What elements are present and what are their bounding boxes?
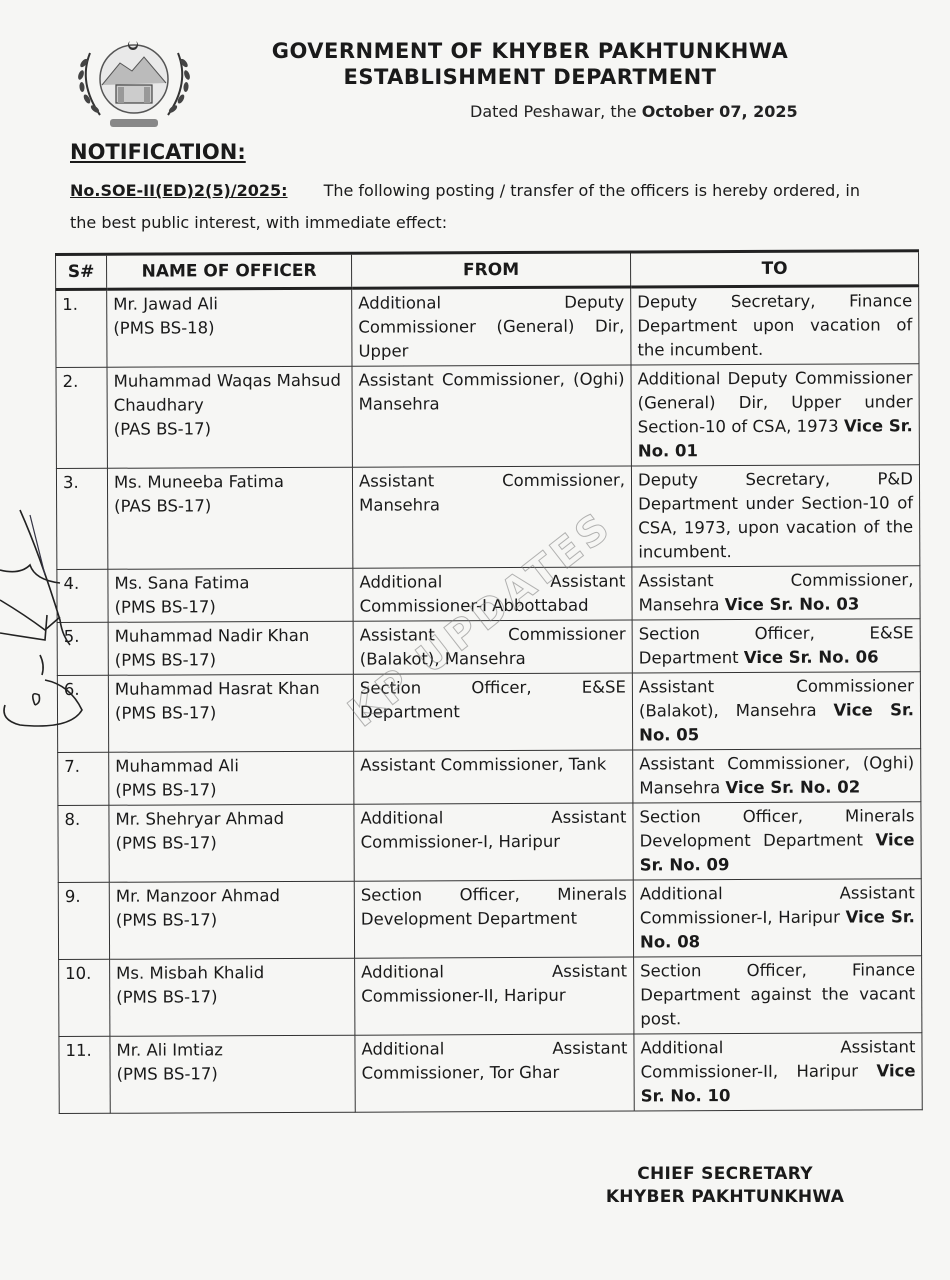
department-title: ESTABLISHMENT DEPARTMENT <box>200 64 860 90</box>
signatory-title: CHIEF SECRETARY <box>590 1163 860 1186</box>
table-row: 2.Muhammad Waqas Mahsud Chaudhary(PAS BS… <box>56 364 919 469</box>
to-posting: Section Officer, Minerals Development De… <box>633 802 921 880</box>
serial-number: 1. <box>56 289 107 367</box>
notification-document: GOVERNMENT OF KHYBER PAKHTUNKHWA ESTABLI… <box>0 0 950 1280</box>
letterhead: GOVERNMENT OF KHYBER PAKHTUNKHWA ESTABLI… <box>200 38 860 90</box>
officer-name: Mr. Manzoor Ahmad <box>116 884 348 909</box>
kp-emblem-icon <box>70 33 198 131</box>
from-posting: Additional Deputy Commissioner (General)… <box>352 287 631 366</box>
officer-name: Muhammad Ali <box>115 754 347 779</box>
from-posting: Additional Assistant Commissioner-I, Har… <box>354 803 633 881</box>
officer-cell: Mr. Jawad Ali(PMS BS-18) <box>107 288 352 367</box>
to-posting-text: Section Officer, Minerals Development De… <box>639 806 914 850</box>
serial-number: 2. <box>56 367 107 468</box>
officer-cell: Ms. Misbah Khalid(PMS BS-17) <box>110 958 355 1036</box>
to-posting: Deputy Secretary, Finance Department upo… <box>631 286 919 365</box>
officer-name: Muhammad Hasrat Khan <box>115 677 347 702</box>
to-posting: Section Officer, Finance Department agai… <box>634 956 922 1034</box>
vice-reference: Vice Sr. No. 06 <box>744 647 879 667</box>
officer-name: Ms. Sana Fatima <box>114 571 346 596</box>
government-title: GOVERNMENT OF KHYBER PAKHTUNKHWA <box>200 38 860 64</box>
from-posting: Additional Assistant Commissioner, Tor G… <box>355 1034 634 1112</box>
notification-date: October 07, 2025 <box>642 102 798 121</box>
column-header-from: FROM <box>352 252 631 288</box>
officer-grade: (PMS BS-17) <box>116 831 348 856</box>
from-posting: Section Officer, Minerals Development De… <box>354 880 633 958</box>
officer-cell: Mr. Shehryar Ahmad(PMS BS-17) <box>109 804 354 882</box>
table-row: 1.Mr. Jawad Ali(PMS BS-18)Additional Dep… <box>56 286 919 368</box>
officer-name: Ms. Muneeba Fatima <box>114 470 346 495</box>
notification-intro: No.SOE-II(ED)2(5)/2025:The following pos… <box>70 175 890 239</box>
from-posting: Assistant Commissioner, (Oghi) Mansehra <box>352 365 631 467</box>
signature-block: CHIEF SECRETARY KHYBER PAKHTUNKHWA <box>590 1163 860 1209</box>
column-header-sn: S# <box>56 254 107 289</box>
officer-name: Muhammad Waqas Mahsud Chaudhary <box>114 369 346 418</box>
officer-grade: (PAS BS-17) <box>114 417 346 442</box>
officer-name: Mr. Shehryar Ahmad <box>115 807 347 832</box>
officer-grade: (PAS BS-17) <box>114 494 346 519</box>
table-row: 8.Mr. Shehryar Ahmad(PMS BS-17)Additiona… <box>58 802 921 883</box>
officer-name: Mr. Jawad Ali <box>113 292 345 317</box>
serial-number: 11. <box>59 1036 110 1113</box>
to-posting-text: Deputy Secretary, Finance Department upo… <box>637 291 912 359</box>
column-header-to: TO <box>631 251 919 287</box>
vice-reference: Vice Sr. No. 02 <box>725 777 860 797</box>
officer-cell: Muhammad Hasrat Khan(PMS BS-17) <box>108 674 353 752</box>
to-posting: Additional Assistant Commissioner-II, Ha… <box>634 1033 922 1111</box>
table-row: 9.Mr. Manzoor Ahmad(PMS BS-17)Section Of… <box>58 879 921 960</box>
officer-grade: (PMS BS-17) <box>115 778 347 803</box>
to-posting: Assistant Commissioner, Mansehra Vice Sr… <box>632 566 920 620</box>
serial-number: 8. <box>58 805 109 882</box>
officer-name: Ms. Misbah Khalid <box>116 961 348 986</box>
serial-number: 7. <box>58 752 109 805</box>
table-row: 3.Ms. Muneeba Fatima(PAS BS-17)Assistant… <box>56 465 919 570</box>
officer-cell: Ms. Muneeba Fatima(PAS BS-17) <box>107 467 352 569</box>
officer-cell: Muhammad Nadir Khan(PMS BS-17) <box>108 621 353 675</box>
from-posting: Assistant Commissioner, Tank <box>354 750 633 804</box>
table-row: 6.Muhammad Hasrat Khan(PMS BS-17)Section… <box>57 672 920 753</box>
officer-grade: (PMS BS-17) <box>115 701 347 726</box>
officer-name: Muhammad Nadir Khan <box>115 624 347 649</box>
to-posting: Deputy Secretary, P&D Department under S… <box>631 465 919 567</box>
officer-cell: Mr. Ali Imtiaz(PMS BS-17) <box>110 1035 355 1113</box>
handwritten-annotation-icon <box>0 505 95 735</box>
to-posting-text: Deputy Secretary, P&D Department under S… <box>638 469 913 561</box>
reference-number: No.SOE-II(ED)2(5)/2025: <box>70 181 288 200</box>
table-header-row: S# NAME OF OFFICER FROM TO <box>56 251 919 290</box>
from-posting: Additional Assistant Commissioner-II, Ha… <box>355 957 634 1035</box>
column-header-name: NAME OF OFFICER <box>107 253 352 289</box>
officer-cell: Muhammad Waqas Mahsud Chaudhary(PAS BS-1… <box>107 366 352 468</box>
dated-prefix: Dated Peshawar, the <box>470 102 637 121</box>
officer-grade: (PMS BS-17) <box>115 648 347 673</box>
officer-grade: (PMS BS-17) <box>116 985 348 1010</box>
to-posting: Additional Deputy Commissioner (General)… <box>631 364 919 466</box>
to-posting: Section Officer, E&SE Department Vice Sr… <box>632 619 920 673</box>
table-row: 11.Mr. Ali Imtiaz(PMS BS-17)Additional A… <box>59 1033 922 1114</box>
to-posting: Additional Assistant Commissioner-I, Har… <box>633 879 921 957</box>
table-row: 7.Muhammad Ali(PMS BS-17)Assistant Commi… <box>58 749 921 806</box>
notification-title: NOTIFICATION: <box>70 140 246 164</box>
to-posting-text: Section Officer, Finance Department agai… <box>640 960 915 1028</box>
officer-grade: (PMS BS-17) <box>114 595 346 620</box>
to-posting-text: Additional Assistant Commissioner-II, Ha… <box>640 1037 915 1081</box>
officer-name: Mr. Ali Imtiaz <box>116 1038 348 1063</box>
table-row: 10.Ms. Misbah Khalid(PMS BS-17)Additiona… <box>59 956 922 1037</box>
serial-number: 9. <box>58 882 109 959</box>
vice-reference: Vice Sr. No. 03 <box>725 594 860 614</box>
officer-cell: Ms. Sana Fatima(PMS BS-17) <box>108 568 353 622</box>
to-posting: Assistant Commissioner (Balakot), Manseh… <box>632 672 920 750</box>
serial-number: 10. <box>59 959 110 1036</box>
officer-grade: (PMS BS-18) <box>113 316 345 341</box>
dated-line: Dated Peshawar, the October 07, 2025 <box>470 102 798 121</box>
signatory-province: KHYBER PAKHTUNKHWA <box>590 1186 860 1209</box>
officer-grade: (PMS BS-17) <box>117 1062 349 1087</box>
officer-grade: (PMS BS-17) <box>116 908 348 933</box>
to-posting: Assistant Commissioner, (Oghi) Mansehra … <box>633 749 921 803</box>
officer-cell: Muhammad Ali(PMS BS-17) <box>109 751 354 805</box>
postings-table: S# NAME OF OFFICER FROM TO 1.Mr. Jawad A… <box>55 249 923 1114</box>
officer-cell: Mr. Manzoor Ahmad(PMS BS-17) <box>109 881 354 959</box>
